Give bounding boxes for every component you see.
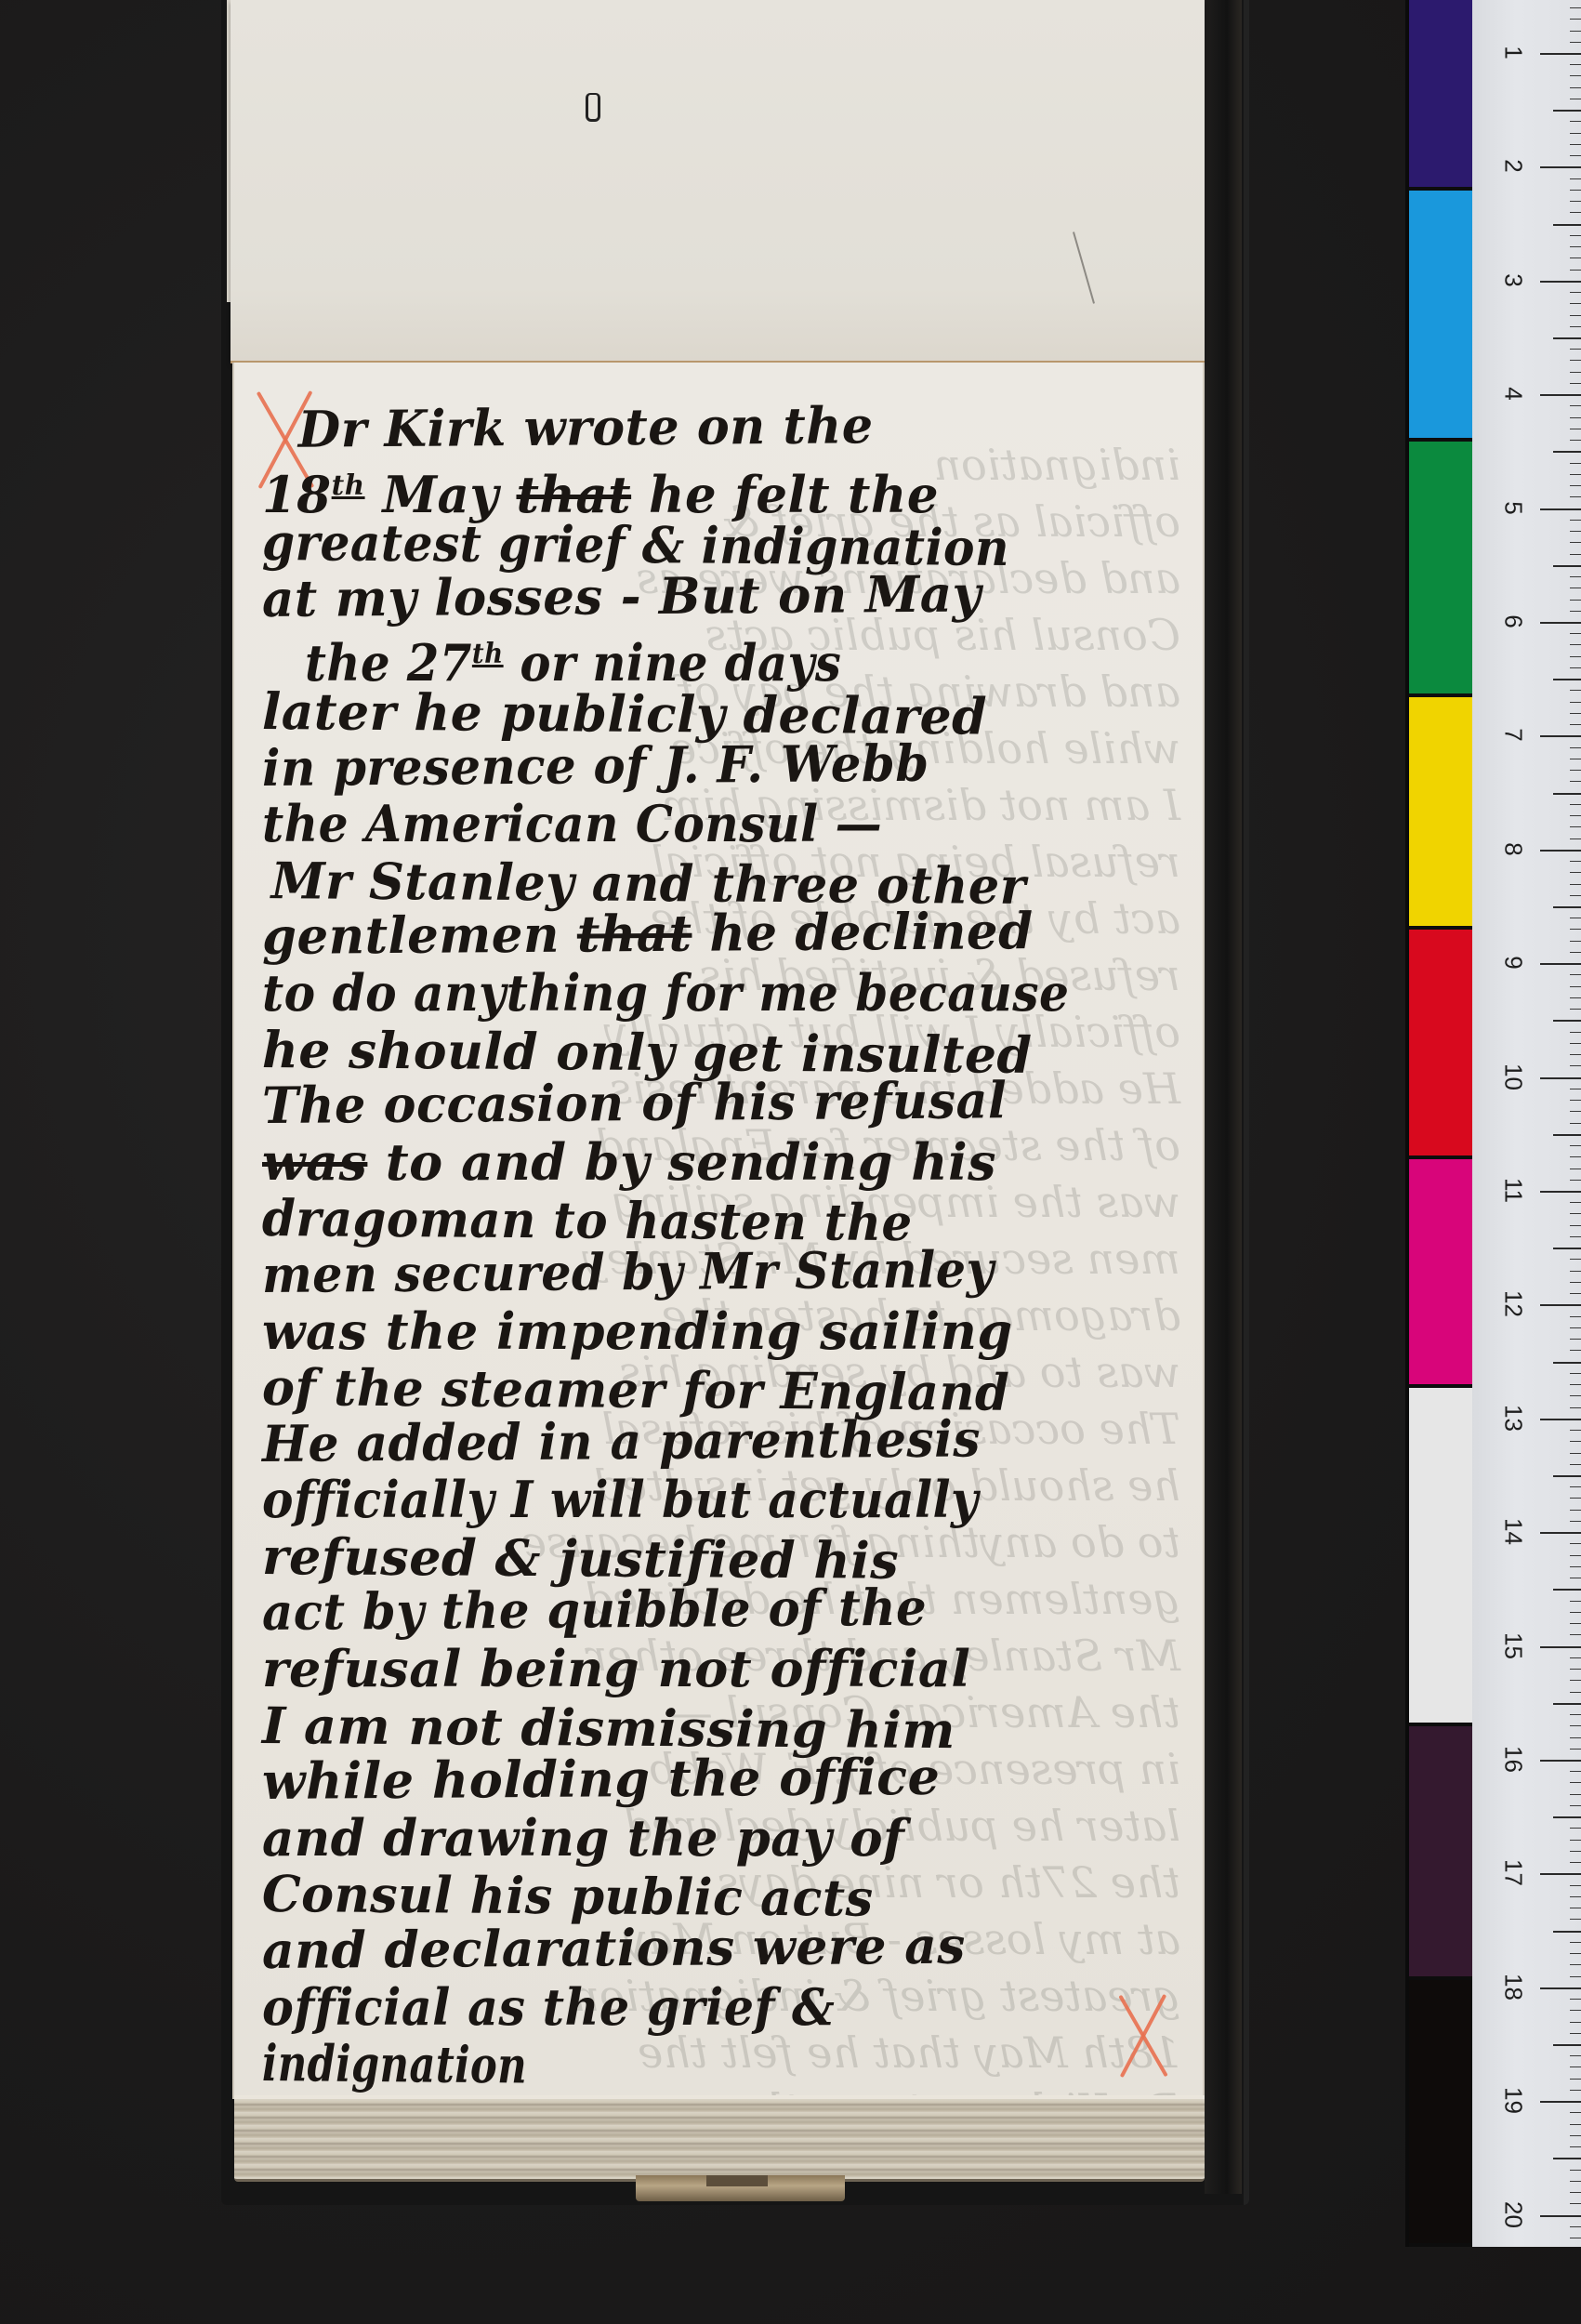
ruler-tick: [1570, 474, 1581, 475]
ruler-tick: [1570, 861, 1581, 862]
ruler-tick: [1570, 1145, 1581, 1146]
ruler-tick: [1570, 1714, 1581, 1715]
ruler-tick: [1540, 850, 1581, 852]
handwritten-line: official as the grief &: [262, 1979, 1136, 2036]
ruler-tick: [1570, 554, 1581, 555]
ruler-label: 11: [1499, 1172, 1528, 1209]
line-text: The occasion of his refusal: [262, 1070, 1008, 1135]
ruler-tick: [1570, 2010, 1581, 2011]
ruler-tick: [1570, 303, 1581, 304]
ruler-tick: [1570, 235, 1581, 236]
swatch-cyan-blue: [1409, 191, 1476, 442]
ruler-tick: [1570, 1851, 1581, 1852]
ruler-tick: [1570, 1771, 1581, 1772]
ruler-tick: [1570, 1782, 1581, 1783]
ruler-tick: [1570, 133, 1581, 134]
ruler-tick: [1570, 1749, 1581, 1750]
ruler-tick: [1570, 690, 1581, 691]
ruler-tick: [1570, 1043, 1581, 1044]
ruler-tick: [1570, 656, 1581, 657]
ruler-tick: [1553, 1816, 1581, 1818]
ruler-tick: [1553, 1703, 1581, 1705]
ruler-tick: [1553, 1362, 1581, 1364]
line-text: he declined: [692, 901, 1034, 963]
ruler-tick: [1570, 1430, 1581, 1431]
ruler-tick: [1570, 1054, 1581, 1055]
ruler-tick: [1570, 724, 1581, 725]
ruler-tick: [1570, 144, 1581, 145]
ruler-tick: [1570, 2226, 1581, 2227]
handwritten-line: at my losses - But on May: [262, 564, 1173, 627]
ruler-tick: [1570, 1919, 1581, 1920]
ruler-tick: [1570, 2146, 1581, 2147]
ruler-tick: [1570, 542, 1581, 543]
line-text: to do anything for me because: [262, 963, 1069, 1023]
ruler-tick: [1570, 383, 1581, 384]
ruler-tick: [1570, 804, 1581, 805]
ruler-tick: [1570, 1156, 1581, 1157]
ruler-tick: [1570, 588, 1581, 588]
ruler-tick: [1570, 1805, 1581, 1806]
color-calibration-chart: [1405, 0, 1476, 2247]
ruler-tick: [1570, 2192, 1581, 2193]
ruler-tick: [1570, 1111, 1581, 1112]
ruler-tick: [1570, 19, 1581, 20]
line-text: and declarations were as: [262, 1916, 966, 1980]
ruler-tick: [1570, 1543, 1581, 1544]
swatch-green: [1409, 442, 1476, 697]
ruler-tick: [1570, 1453, 1581, 1454]
ruler-tick: [1570, 1964, 1581, 1965]
line-text: at my losses - But on May: [262, 563, 982, 628]
handwritten-line: Dr Kirk wrote on the: [262, 395, 1164, 458]
ruler-tick: [1570, 1976, 1581, 1977]
ruler-tick: [1570, 1339, 1581, 1340]
line-text: was the impending sailing: [262, 1301, 1013, 1361]
ruler-tick: [1540, 1873, 1581, 1875]
ruler-tick: [1570, 611, 1581, 612]
ruler-tick: [1540, 1419, 1581, 1420]
ruler-label: 10: [1499, 1058, 1528, 1095]
ruler-tick: [1570, 1316, 1581, 1317]
previous-page: [231, 0, 1205, 363]
handwritten-line: while holding the office: [262, 1747, 1192, 1810]
handwritten-line: was the impending sailing: [262, 1303, 1192, 1360]
ruler-label: 16: [1499, 1741, 1528, 1778]
ruler-tick: [1570, 520, 1581, 521]
handwritten-line: the American Consul —: [262, 796, 1126, 852]
ruler-tick: [1540, 394, 1581, 396]
ruler-tick: [1570, 838, 1581, 839]
ruler-tick: [1570, 576, 1581, 577]
ruler-tick: [1570, 872, 1581, 873]
notebook-cover-edge: [1205, 0, 1242, 2194]
swatch-dark-purple: [1409, 1726, 1476, 1980]
ruler-tick: [1570, 952, 1581, 953]
ruler-tick: [1570, 1259, 1581, 1260]
ruler-tick: [1570, 1896, 1581, 1897]
ruler-tick: [1570, 75, 1581, 76]
ruler-label: 15: [1499, 1627, 1528, 1664]
ruler-tick: [1570, 2238, 1581, 2238]
ruler-tick: [1570, 2022, 1581, 2023]
ruler-tick: [1570, 884, 1581, 885]
ruler-tick: [1570, 1612, 1581, 1613]
ruler-tick: [1570, 1464, 1581, 1465]
ruler-tick: [1570, 1282, 1581, 1283]
line-text: indignation: [262, 2033, 527, 2094]
line-text: in presence of J. F. Webb: [262, 733, 929, 797]
ruler-label: 7: [1499, 717, 1528, 754]
ruler-tick: [1570, 702, 1581, 703]
handwritten-line: and declarations were as: [262, 1916, 1182, 1979]
swatch-red: [1409, 930, 1476, 1159]
ruler-label: 20: [1499, 2196, 1528, 2233]
ruler-tick: [1553, 1248, 1581, 1249]
ruler-tick: [1570, 64, 1581, 65]
ruler-tick: [1570, 1521, 1581, 1522]
ruler-tick: [1553, 793, 1581, 795]
ruler-tick: [1570, 1566, 1581, 1567]
ruler-tick: [1570, 1840, 1581, 1841]
ruler-label: 17: [1499, 1855, 1528, 1892]
ruler-tick: [1570, 1065, 1581, 1066]
ruler-tick: [1570, 2033, 1581, 2034]
ruler-tick: [1570, 2170, 1581, 2171]
ruler-tick: [1570, 1350, 1581, 1351]
ruler-tick: [1570, 440, 1581, 441]
swatch-black: [1409, 1980, 1476, 2247]
handwritten-text: Dr Kirk wrote on the18th May that he fel…: [262, 402, 1192, 2092]
ruler-tick: [1570, 667, 1581, 668]
ruler-tick: [1570, 1213, 1581, 1214]
ruler-label: 6: [1499, 603, 1528, 640]
ordinal-suffix: th: [332, 469, 365, 502]
ruler-tick: [1570, 929, 1581, 930]
handwritten-line: officially I will but actually: [262, 1472, 1126, 1528]
line-text: and drawing the pay of: [262, 1808, 904, 1868]
ruler-label: 2: [1499, 148, 1528, 185]
ruler-label: 3: [1499, 261, 1528, 298]
ruler-tick: [1570, 2090, 1581, 2091]
handwritten-line: The occasion of his refusal: [262, 1071, 1164, 1134]
ruler-tick: [1570, 1384, 1581, 1385]
ruler-tick: [1540, 508, 1581, 510]
ruler-tick: [1540, 281, 1581, 283]
ruler-tick: [1570, 531, 1581, 532]
ruler-label: 13: [1499, 1399, 1528, 1436]
handwritten-line: He added in a parenthesis: [262, 1409, 1154, 1472]
ruler-tick: [1570, 815, 1581, 816]
ruler-tick: [1570, 2079, 1581, 2080]
ruler-tick: [1570, 1486, 1581, 1487]
ruler-tick: [1570, 360, 1581, 361]
ruler-tick: [1570, 2135, 1581, 2136]
ruler-tick: [1570, 941, 1581, 942]
ruler-tick: [1570, 1908, 1581, 1908]
ruler-tick: [1570, 190, 1581, 191]
handwritten-line: gentlemen that he declined: [262, 902, 1173, 965]
handwritten-line: 18th May that he felt the: [262, 458, 1173, 515]
handwritten-line: was to and by sending his: [262, 1134, 1192, 1191]
ruler-tick: [1553, 110, 1581, 112]
ruler-tick: [1570, 1510, 1581, 1511]
ruler-tick: [1540, 2101, 1581, 2103]
line-text: the American Consul —: [262, 794, 882, 853]
ruler-tick: [1570, 1271, 1581, 1272]
ruler-tick: [1553, 565, 1581, 567]
ruler-label: 14: [1499, 1513, 1528, 1551]
ruler-tick: [1540, 166, 1581, 168]
ruler-tick: [1570, 1885, 1581, 1886]
ruler-tick: [1570, 292, 1581, 293]
ruler-tick: [1570, 1942, 1581, 1943]
ruler-tick: [1570, 485, 1581, 486]
ruler-tick: [1540, 1646, 1581, 1648]
ruler-tick: [1570, 121, 1581, 122]
clasp-hinge: [706, 2175, 768, 2186]
ruler-tick: [1553, 906, 1581, 908]
handwritten-line: indignation: [262, 2035, 1006, 2098]
ruler-tick: [1570, 405, 1581, 406]
ruler-tick: [1570, 417, 1581, 418]
handwritten-line: act by the quibble of the: [262, 1578, 1145, 1641]
line-text: He added in a parenthesis: [262, 1408, 981, 1473]
ruler-tick: [1553, 451, 1581, 453]
ruler-tick: [1570, 1623, 1581, 1624]
ruler-tick: [1570, 2067, 1581, 2067]
ruler-tick: [1570, 7, 1581, 8]
ruler-tick: [1570, 1680, 1581, 1681]
ruler-tick: [1570, 257, 1581, 258]
ruler-tick: [1570, 1032, 1581, 1033]
ruler-tick: [1570, 1634, 1581, 1635]
ruler-tick: [1570, 747, 1581, 748]
ruler-tick: [1570, 349, 1581, 350]
ruler-tick: [1570, 1692, 1581, 1693]
ruler-tick: [1570, 1293, 1581, 1294]
ruler-tick: [1570, 99, 1581, 99]
ruler-tick: [1570, 759, 1581, 759]
ruler-tick: [1570, 1395, 1581, 1396]
ruler-tick: [1570, 1862, 1581, 1863]
ruler-tick: [1570, 713, 1581, 714]
ruler-label: 4: [1499, 376, 1528, 413]
ruler-tick: [1570, 1180, 1581, 1181]
ruler-tick: [1570, 31, 1581, 32]
struck-through-word: was: [262, 1132, 367, 1192]
line-text: refusal being not official: [262, 1639, 970, 1698]
ruler-tick: [1570, 1601, 1581, 1602]
ruler-tick: [1570, 1089, 1581, 1089]
ruler-label: 8: [1499, 830, 1528, 867]
ruler-tick: [1570, 1407, 1581, 1408]
ruler-tick: [1570, 1725, 1581, 1726]
ruler-tick: [1570, 372, 1581, 373]
ink-blot-mark: [586, 93, 600, 122]
ruler-tick: [1570, 1327, 1581, 1328]
line-text: to and by sending his: [367, 1132, 996, 1192]
ruler-tick: [1570, 895, 1581, 896]
ruler-label: 5: [1499, 489, 1528, 526]
ruler-tick: [1570, 2203, 1581, 2204]
ruler-tick: [1570, 212, 1581, 213]
ruler-tick: [1570, 997, 1581, 998]
handwritten-line: the 27th or nine days: [262, 627, 1117, 683]
ruler-tick: [1553, 224, 1581, 226]
ruler-tick: [1570, 1202, 1581, 1203]
ruler-tick: [1570, 1498, 1581, 1499]
measurement-ruler: 1234567891011121314151617181920: [1472, 0, 1581, 2247]
ruler-tick: [1570, 2055, 1581, 2056]
ruler-tick: [1570, 270, 1581, 271]
ruler-tick: [1570, 315, 1581, 316]
ruler-tick: [1570, 429, 1581, 429]
ruler-tick: [1570, 326, 1581, 327]
ruler-tick: [1553, 1931, 1581, 1933]
ruler-tick: [1570, 1236, 1581, 1237]
line-text: Dr Kirk wrote on the: [298, 395, 874, 458]
ruler-tick: [1570, 918, 1581, 918]
line-text: gentlemen: [262, 905, 577, 966]
ruler-tick: [1540, 735, 1581, 737]
ruler-label: 1: [1499, 34, 1528, 72]
ruler-tick: [1570, 246, 1581, 247]
ruler-tick: [1540, 2215, 1581, 2217]
line-text: while holding the office: [262, 1747, 941, 1811]
ruler-tick: [1570, 1737, 1581, 1738]
ruler-tick: [1553, 1134, 1581, 1136]
ruler-tick: [1540, 1760, 1581, 1762]
ruler-tick: [1570, 600, 1581, 601]
ruler-tick: [1570, 1669, 1581, 1670]
ruler-tick: [1570, 1953, 1581, 1954]
ordinal-suffix: th: [472, 638, 504, 670]
ruler-tick: [1553, 2158, 1581, 2159]
ruler-tick: [1570, 1169, 1581, 1169]
ruler-tick: [1540, 622, 1581, 624]
swatch-purple: [1409, 0, 1476, 191]
line-text: men secured by Mr Stanley: [262, 1239, 995, 1304]
ruler-tick: [1540, 53, 1581, 55]
ruler-tick: [1553, 1589, 1581, 1591]
line-text: officially I will but actually: [262, 1470, 979, 1529]
ruler-tick: [1570, 781, 1581, 782]
ruler-tick: [1570, 1578, 1581, 1578]
ruler-tick: [1553, 2044, 1581, 2046]
ruler-tick: [1570, 770, 1581, 771]
ruler-tick: [1570, 1441, 1581, 1442]
swatch-white: [1409, 1388, 1476, 1726]
ruler-tick: [1553, 337, 1581, 339]
ruler-tick: [1570, 1009, 1581, 1010]
ruler-tick: [1540, 1987, 1581, 1989]
ruler-tick: [1570, 2181, 1581, 2182]
line-text: act by the quibble of the: [262, 1578, 928, 1642]
ruler-tick: [1570, 1373, 1581, 1374]
ruler-label: 19: [1499, 2082, 1528, 2119]
ruler-tick: [1553, 1475, 1581, 1477]
ruler-label: 12: [1499, 1286, 1528, 1323]
ruler-tick: [1570, 633, 1581, 634]
ruler-tick: [1570, 1828, 1581, 1829]
ruler-tick: [1570, 87, 1581, 88]
ruler-tick: [1570, 2112, 1581, 2113]
struck-through-word: that: [577, 904, 692, 964]
handwritten-line: in presence of J. F. Webb: [262, 733, 1145, 797]
ruler-tick: [1570, 201, 1581, 202]
ruler-tick: [1570, 644, 1581, 645]
ruler-tick: [1553, 679, 1581, 680]
handwritten-line: refusal being not official: [262, 1641, 1192, 1697]
ruler-tick: [1570, 1794, 1581, 1795]
ruler-tick: [1553, 1020, 1581, 1022]
ruler-tick: [1570, 42, 1581, 43]
ruler-tick: [1540, 1191, 1581, 1193]
ruler-tick: [1540, 963, 1581, 965]
handwritten-line: men secured by Mr Stanley: [262, 1240, 1136, 1303]
swatch-magenta: [1409, 1159, 1476, 1388]
handwritten-line: and drawing the pay of: [262, 1810, 1173, 1867]
ruler-tick: [1570, 1100, 1581, 1101]
ruler-tick: [1570, 1555, 1581, 1556]
page-stack-edges: [234, 2099, 1205, 2182]
swatch-yellow: [1409, 697, 1476, 930]
ruler-tick: [1570, 496, 1581, 497]
ruler-tick: [1570, 986, 1581, 987]
ruler-tick: [1570, 1123, 1581, 1124]
ruler-tick: [1570, 178, 1581, 179]
ruler-tick: [1570, 1999, 1581, 2000]
ruler-tick: [1570, 1657, 1581, 1658]
ruler-tick: [1570, 826, 1581, 827]
ruler-tick: [1540, 1077, 1581, 1079]
ruler-tick: [1540, 1304, 1581, 1306]
ruler-tick: [1570, 463, 1581, 464]
ruler-tick: [1570, 155, 1581, 156]
ruler-tick: [1570, 1225, 1581, 1226]
ruler-tick: [1570, 2124, 1581, 2125]
ruler-tick: [1570, 974, 1581, 975]
handwritten-line: to do anything for me because: [262, 965, 1126, 1022]
line-text: official as the grief &: [262, 1977, 835, 2037]
ruler-tick: [1540, 1532, 1581, 1534]
ruler-label: 9: [1499, 944, 1528, 982]
ruler-label: 18: [1499, 1968, 1528, 2005]
